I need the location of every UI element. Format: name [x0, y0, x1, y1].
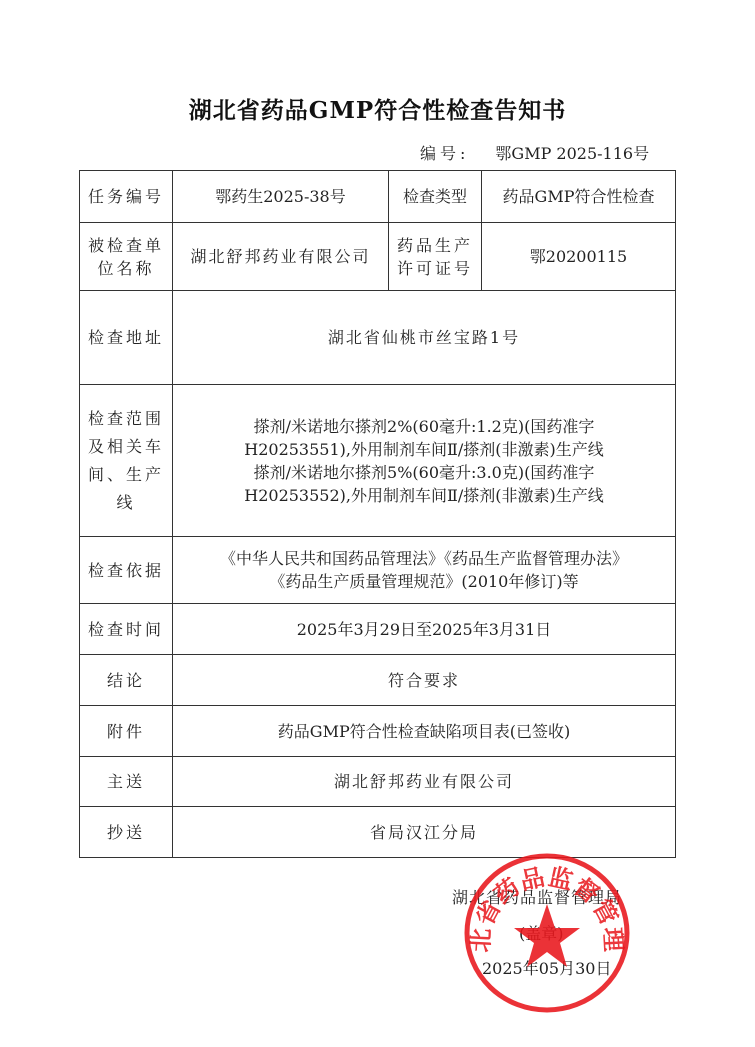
basis-label: 检查依据	[80, 537, 173, 604]
document-number-label: 编号:	[420, 144, 469, 163]
basis-value: 《中华人民共和国药品管理法》《药品生产监督管理办法》 《药品生产质量管理规范》(…	[173, 537, 676, 604]
scope-line: H20253552),外用制剂车间Ⅱ/搽剂(非激素)生产线	[177, 484, 671, 507]
inspected-unit-label: 被检查单位名称	[80, 223, 173, 291]
row-cc: 抄送 省局汉江分局	[80, 807, 676, 858]
row-time: 检查时间 2025年3月29日至2025年3月31日	[80, 604, 676, 655]
conclusion-label: 结论	[80, 655, 173, 706]
task-no-value: 鄂药生2025-38号	[173, 171, 389, 223]
issuer-name: 湖北省药品监督管理局	[452, 885, 622, 908]
inspection-form-table: 任务编号 鄂药生2025-38号 检查类型 药品GMP符合性检查 被检查单位名称…	[79, 170, 676, 858]
scope-value: 搽剂/米诺地尔搽剂2%(60毫升:1.2克)(国药准字 H20253551),外…	[173, 385, 676, 537]
cc-label: 抄送	[80, 807, 173, 858]
attachment-label: 附件	[80, 706, 173, 757]
license-label: 药品生产许可证号	[389, 223, 482, 291]
inspection-type-label: 检查类型	[389, 171, 482, 223]
main-recipient-label: 主送	[80, 757, 173, 807]
scope-line: 搽剂/米诺地尔搽剂5%(60毫升:3.0克)(国药准字	[177, 461, 671, 484]
row-attachment: 附件 药品GMP符合性检查缺陷项目表(已签收)	[80, 706, 676, 757]
time-value: 2025年3月29日至2025年3月31日	[173, 604, 676, 655]
scope-label: 检查范围及相关车间、生产线	[80, 385, 173, 537]
row-conclusion: 结论 符合要求	[80, 655, 676, 706]
inspection-type-value: 药品GMP符合性检查	[482, 171, 676, 223]
row-address: 检查地址 湖北省仙桃市丝宝路1号	[80, 291, 676, 385]
task-no-label: 任务编号	[80, 171, 173, 223]
license-value: 鄂20200115	[482, 223, 676, 291]
document-title: 湖北省药品GMP符合性检查告知书	[0, 92, 755, 125]
scope-line: H20253551),外用制剂车间Ⅱ/搽剂(非激素)生产线	[177, 438, 671, 461]
time-label: 检查时间	[80, 604, 173, 655]
issue-date: 2025年05月30日	[482, 956, 611, 979]
inspected-unit-value: 湖北舒邦药业有限公司	[173, 223, 389, 291]
address-label: 检查地址	[80, 291, 173, 385]
row-main-recipient: 主送 湖北舒邦药业有限公司	[80, 757, 676, 807]
cc-value: 省局汉江分局	[173, 807, 676, 858]
row-scope: 检查范围及相关车间、生产线 搽剂/米诺地尔搽剂2%(60毫升:1.2克)(国药准…	[80, 385, 676, 537]
row-basis: 检查依据 《中华人民共和国药品管理法》《药品生产监督管理办法》 《药品生产质量管…	[80, 537, 676, 604]
row-unit: 被检查单位名称 湖北舒邦药业有限公司 药品生产许可证号 鄂20200115	[80, 223, 676, 291]
attachment-value: 药品GMP符合性检查缺陷项目表(已签收)	[173, 706, 676, 757]
scope-line: 搽剂/米诺地尔搽剂2%(60毫升:1.2克)(国药准字	[177, 415, 671, 438]
row-task: 任务编号 鄂药生2025-38号 检查类型 药品GMP符合性检查	[80, 171, 676, 223]
address-value: 湖北省仙桃市丝宝路1号	[173, 291, 676, 385]
conclusion-value: 符合要求	[173, 655, 676, 706]
document-number-value: 鄂GMP 2025-116号	[495, 144, 649, 163]
document-number: 编号:鄂GMP 2025-116号	[420, 141, 649, 164]
basis-line: 《中华人民共和国药品管理法》《药品生产监督管理办法》	[177, 547, 671, 570]
basis-line: 《药品生产质量管理规范》(2010年修订)等	[177, 570, 671, 593]
main-recipient-value: 湖北舒邦药业有限公司	[173, 757, 676, 807]
seal-note: (盖章)	[519, 921, 564, 944]
